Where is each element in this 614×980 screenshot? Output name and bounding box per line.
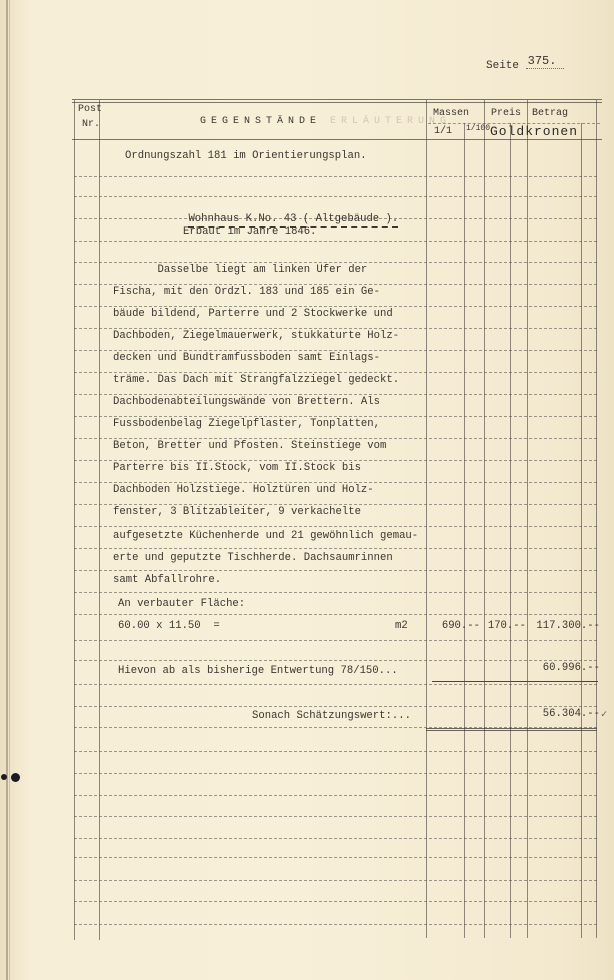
description-line: Beton, Bretter und Pfosten. Steinstiege … xyxy=(113,440,386,452)
area-label: An verbauter Fläche: xyxy=(118,598,245,610)
description-line: bäude bildend, Parterre und 2 Stockwerke… xyxy=(113,308,393,320)
header-massen-whole: 1/1 xyxy=(434,126,452,137)
description-line: erte und geputzte Tischherde. Dachsaumri… xyxy=(113,552,393,564)
header-bottom-rule xyxy=(72,139,602,140)
estimate-label: Sonach Schätzungswert:... xyxy=(252,710,411,722)
description-line: Parterre bis II.Stock, vom II.Stock bis xyxy=(113,462,361,474)
description-line: Dasselbe liegt am linken Ufer der xyxy=(113,264,367,276)
description-line: träme. Das Dach mit Strangfalzziegel ged… xyxy=(113,374,399,386)
description-line: Dachboden, Ziegelmauerwerk, stukkaturte … xyxy=(113,330,399,342)
punch-hole-icon xyxy=(1,774,7,780)
description-line: Dachbodenabteilungswände von Brettern. A… xyxy=(113,396,380,408)
description-line: aufgesetzte Küchenherde und 21 gewöhnlic… xyxy=(113,530,418,542)
description-line: fenster, 3 Blitzableiter, 9 verkachelte xyxy=(113,506,361,518)
area-calculation: 60.00 x 11.50 = xyxy=(118,620,220,632)
col-line-massen xyxy=(426,100,427,938)
header-post: Post xyxy=(78,104,102,115)
col-line-post xyxy=(99,100,100,940)
header-massen-hundredth: 1/100 xyxy=(466,124,490,133)
depreciation-label: Hievon ab als bisherige Entwertung 78/15… xyxy=(118,665,398,677)
punch-hole-icon xyxy=(11,773,20,782)
col-line-betrag xyxy=(527,100,528,938)
page-number-label: Seite xyxy=(486,60,519,72)
area-price-value: 170.-- xyxy=(484,620,526,632)
page-number: Seite 375. xyxy=(486,58,564,73)
area-mass-value: 690.-- xyxy=(428,620,480,632)
subtraction-rule xyxy=(432,681,598,682)
ledger-page: Seite 375. Post Nr. GEGENSTÄNDE ERLÄUTER… xyxy=(0,0,614,980)
description-line: samt Abfallrohre. xyxy=(113,574,221,586)
table-top-rule xyxy=(72,99,602,100)
ordnungszahl-line: Ordnungszahl 181 im Orientierungsplan. xyxy=(125,150,367,162)
page-number-value: 375. xyxy=(526,54,565,69)
col-line-preis xyxy=(484,100,485,938)
estimate-amount: 56.304.-- xyxy=(520,708,600,720)
description-line: Fischa, mit den Ordzl. 183 und 185 ein G… xyxy=(113,286,380,298)
binding-edge xyxy=(6,0,8,980)
header-nr: Nr. xyxy=(82,119,100,130)
header-gegenstaende: GEGENSTÄNDE xyxy=(200,116,321,127)
built-year: Erbaut im Jahre 1846. xyxy=(183,226,317,238)
binding-edge-inner xyxy=(9,0,10,980)
description-line: Fussbodenbelag Ziegelpflaster, Tonplatte… xyxy=(113,418,380,430)
depreciation-amount: 60.996.-- xyxy=(520,662,600,674)
header-betrag: Betrag xyxy=(532,108,568,119)
check-mark-icon: ✓ xyxy=(601,709,607,721)
area-unit: m2 xyxy=(395,620,408,632)
table-top-rule-2 xyxy=(72,102,602,103)
area-amount-value: 117.300.-- xyxy=(524,620,600,632)
col-line-right xyxy=(596,100,597,938)
total-double-rule xyxy=(426,728,597,731)
description-line: Dachboden Holzstiege. Holztüren und Holz… xyxy=(113,484,374,496)
header-massen: Massen xyxy=(433,108,469,119)
header-preis: Preis xyxy=(491,108,521,119)
header-currency: Goldkronen xyxy=(490,124,578,139)
description-line: decken und Bundtramfussboden samt Einlag… xyxy=(113,352,380,364)
col-line-left xyxy=(74,100,75,940)
